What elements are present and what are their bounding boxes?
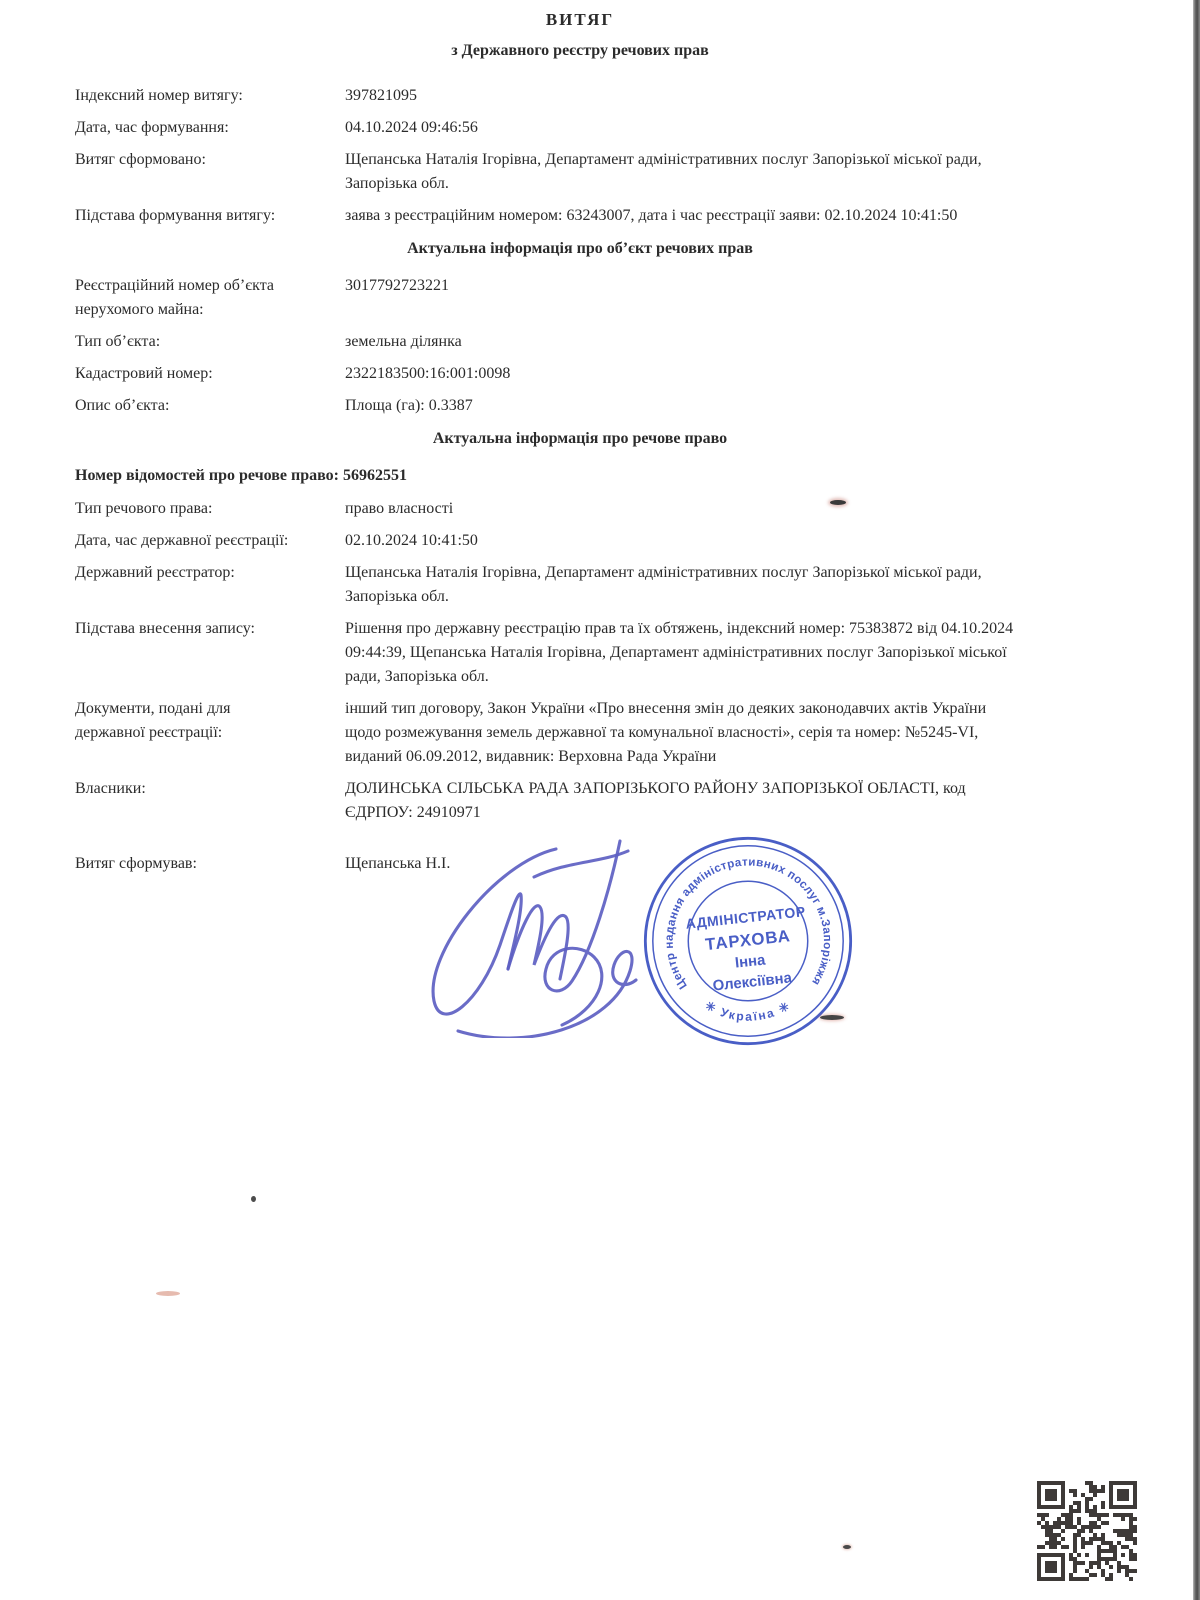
field-label: Дата, час державної реєстрації: (75, 529, 345, 553)
field-row: Тип об’єкта: земельна ділянка (75, 330, 1085, 354)
field-value: ДОЛИНСЬКА СІЛЬСЬКА РАДА ЗАПОРІЗЬКОГО РАЙ… (345, 777, 1035, 825)
stamp-ring-bottom-text: ✳ Україна ✳ (703, 998, 794, 1024)
field-label: Витяг сформував: (75, 852, 345, 876)
field-value: Щепанська Наталія Ігорівна, Департамент … (345, 561, 1023, 609)
scan-artifact (251, 1196, 256, 1202)
field-label: Тип об’єкта: (75, 330, 345, 354)
right-rows: Тип речового права: право власності Дата… (75, 497, 1085, 876)
field-label: Дата, час формування: (75, 116, 345, 140)
field-row: Витяг сформовано: Щепанська Наталія Ігор… (75, 148, 1085, 196)
document-subtitle: з Державного реєстру речових прав (75, 40, 1085, 62)
scan-artifact (820, 1015, 844, 1020)
field-row: Дата, час формування: 04.10.2024 09:46:5… (75, 116, 1085, 140)
field-value: право власності (345, 497, 1023, 521)
object-rows: Реєстраційний номер об’єкта нерухомого м… (75, 274, 1085, 418)
stamp-surname-text: ТАРХОВА (704, 926, 791, 954)
field-row: Реєстраційний номер об’єкта нерухомого м… (75, 274, 1085, 322)
field-label: Документи, подані для державної реєстрац… (75, 697, 284, 769)
document-title: ВИТЯГ (75, 9, 1085, 31)
field-value: інший тип договору, Закон України «Про в… (345, 697, 1023, 769)
field-row: Опис об’єкта: Площа (га): 0.3387 (75, 394, 1085, 418)
field-label: Кадастровий номер: (75, 362, 345, 386)
field-label: Державний реєстратор: (75, 561, 345, 609)
signature-image (388, 833, 643, 1038)
field-value: Щепанська Наталія Ігорівна, Департамент … (345, 148, 1023, 196)
field-value: 3017792723221 (345, 274, 1023, 322)
field-value: Площа (га): 0.3387 (345, 394, 1023, 418)
svg-text:✳ Україна ✳: ✳ Україна ✳ (703, 998, 794, 1024)
field-label: Підстава формування витягу: (75, 204, 345, 228)
document-page: ВИТЯГ з Державного реєстру речових прав … (0, 0, 1200, 1600)
field-row: Дата, час державної реєстрації: 02.10.20… (75, 529, 1085, 553)
field-label: Підстава внесення запису: (75, 617, 345, 689)
field-label: Опис об’єкта: (75, 394, 345, 418)
field-row: Підстава внесення запису: Рішення про де… (75, 617, 1085, 689)
field-value: земельна ділянка (345, 330, 1023, 354)
field-label: Тип речового права: (75, 497, 345, 521)
field-value: 2322183500:16:001:0098 (345, 362, 1023, 386)
scan-edge-line (1193, 0, 1200, 1600)
field-row: Державний реєстратор: Щепанська Наталія … (75, 561, 1085, 609)
scan-artifact (830, 500, 846, 505)
field-value: 397821095 (345, 84, 1023, 108)
section-heading-right: Актуальна інформація про речове право (75, 426, 1085, 452)
field-label: Індексний номер витягу: (75, 84, 345, 108)
field-row: Тип речового права: право власності (75, 497, 1085, 521)
field-value: 04.10.2024 09:46:56 (345, 116, 1023, 140)
field-row: Власники: ДОЛИНСЬКА СІЛЬСЬКА РАДА ЗАПОРІ… (75, 777, 1085, 825)
field-label: Витяг сформовано: (75, 148, 345, 196)
field-row: Підстава формування витягу: заява з реєс… (75, 204, 1085, 228)
section-heading-object: Актуальна інформація про об’єкт речових … (75, 236, 1085, 262)
scan-artifact (156, 1291, 180, 1296)
field-row: Документи, подані для державної реєстрац… (75, 697, 1085, 769)
record-number-line: Номер відомостей про речове право: 56962… (75, 464, 1085, 488)
field-row: Індексний номер витягу: 397821095 (75, 84, 1085, 108)
qr-code (1037, 1481, 1137, 1581)
scan-artifact (843, 1545, 851, 1549)
meta-rows: Індексний номер витягу: 397821095 Дата, … (75, 84, 1085, 228)
field-value: Рішення про державну реєстрацію прав та … (345, 617, 1023, 689)
field-label: Власники: (75, 777, 345, 825)
field-row: Кадастровий номер: 2322183500:16:001:009… (75, 362, 1085, 386)
field-label: Реєстраційний номер об’єкта нерухомого м… (75, 274, 345, 322)
field-value: заява з реєстраційним номером: 63243007,… (345, 204, 1023, 228)
field-value: 02.10.2024 10:41:50 (345, 529, 1023, 553)
document-content: ВИТЯГ з Державного реєстру речових прав … (75, 0, 1085, 884)
stamp-firstname-text: Інна (734, 951, 767, 971)
